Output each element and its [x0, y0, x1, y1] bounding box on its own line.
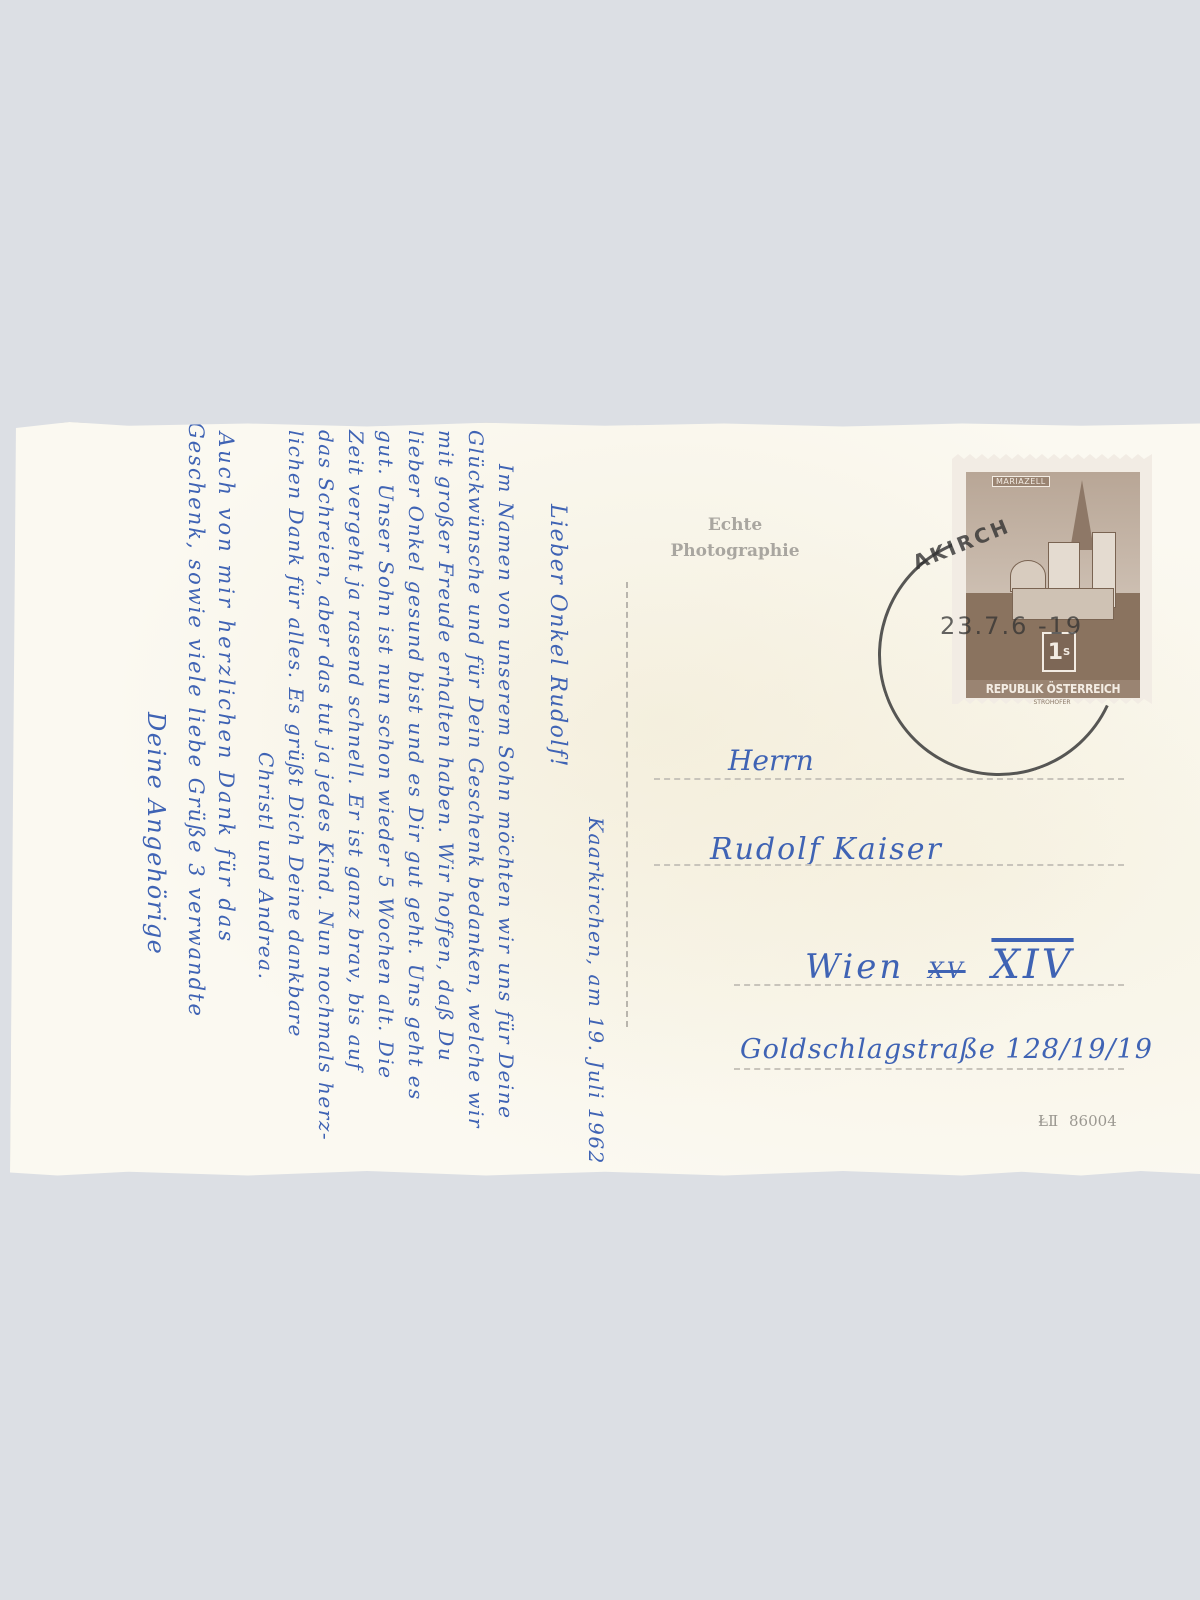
- message-line: Im Namen von unserem Sohn möchten wir un…: [494, 464, 518, 1119]
- address-name: Rudolf Kaiser: [710, 832, 943, 867]
- printer-mark: Ł̶Ⅱ 86004: [1038, 1112, 1117, 1130]
- message-line: Zeit vergeht ja rasend schnell. Er ist g…: [344, 430, 368, 1071]
- message-line: das Schreien, aber das tut ja jedes Kind…: [314, 430, 338, 1141]
- address-street: Goldschlagstraße 128/19/19: [740, 1034, 1153, 1065]
- printed-header: Echte Photographie: [650, 512, 820, 564]
- message-line: Glückwünsche und für Dein Geschenk bedan…: [464, 430, 488, 1129]
- church-spire-icon: [1070, 480, 1094, 550]
- postscript-line: Geschenk, sowie viele liebe Grüße 3 verw…: [184, 422, 208, 1018]
- message-line: gut. Unser Sohn ist nun schon wieder 5 W…: [374, 430, 398, 1079]
- postscript-line: Auch von mir herzlichen Dank für das: [214, 432, 238, 944]
- header-photographie: Photographie: [650, 538, 820, 564]
- postage-stamp: MARIAZELL 1S REPUBLIK ÖSTERREICH STROHOF…: [952, 454, 1152, 704]
- header-echte: Echte: [650, 512, 820, 538]
- postcard-back: Echte Photographie MARIAZELL 1S REPUBLIK…: [10, 422, 1200, 1177]
- address-line-1: [654, 778, 1124, 780]
- city-name: Wien: [805, 947, 904, 987]
- stamp-designer: STROHOFER: [952, 699, 1152, 706]
- district-struck: XV: [928, 959, 966, 984]
- postmark-date: 23.7.6 -19: [940, 612, 1083, 640]
- message-signature: Christl und Andrea.: [254, 752, 278, 980]
- postscript-signature: Deine Angehörige: [142, 712, 170, 955]
- address-city: Wien XV XIV: [805, 942, 1074, 988]
- stamp-title: MARIAZELL: [992, 476, 1050, 487]
- district-corrected: XIV: [991, 942, 1073, 988]
- message-line: mit großer Freude erhalten haben. Wir ho…: [434, 430, 458, 1062]
- stamp-image: MARIAZELL 1S: [966, 472, 1140, 680]
- message-line: lieber Onkel gesund bist und es Dir gut …: [404, 430, 428, 1101]
- address-line-2: [654, 864, 1124, 866]
- message-greeting: Lieber Onkel Rudolf!: [545, 504, 570, 768]
- stamp-country: REPUBLIK ÖSTERREICH: [966, 680, 1140, 698]
- address-line-4: [734, 1068, 1124, 1070]
- message-place-date: Kaarkirchen, am 19. Juli 1962: [584, 817, 608, 1165]
- address-line-3: [734, 984, 1124, 986]
- message-line: lichen Dank für alles. Es grüßt Dich Dei…: [284, 430, 308, 1038]
- address-salutation: Herrn: [728, 744, 814, 777]
- center-divider: [626, 582, 628, 1027]
